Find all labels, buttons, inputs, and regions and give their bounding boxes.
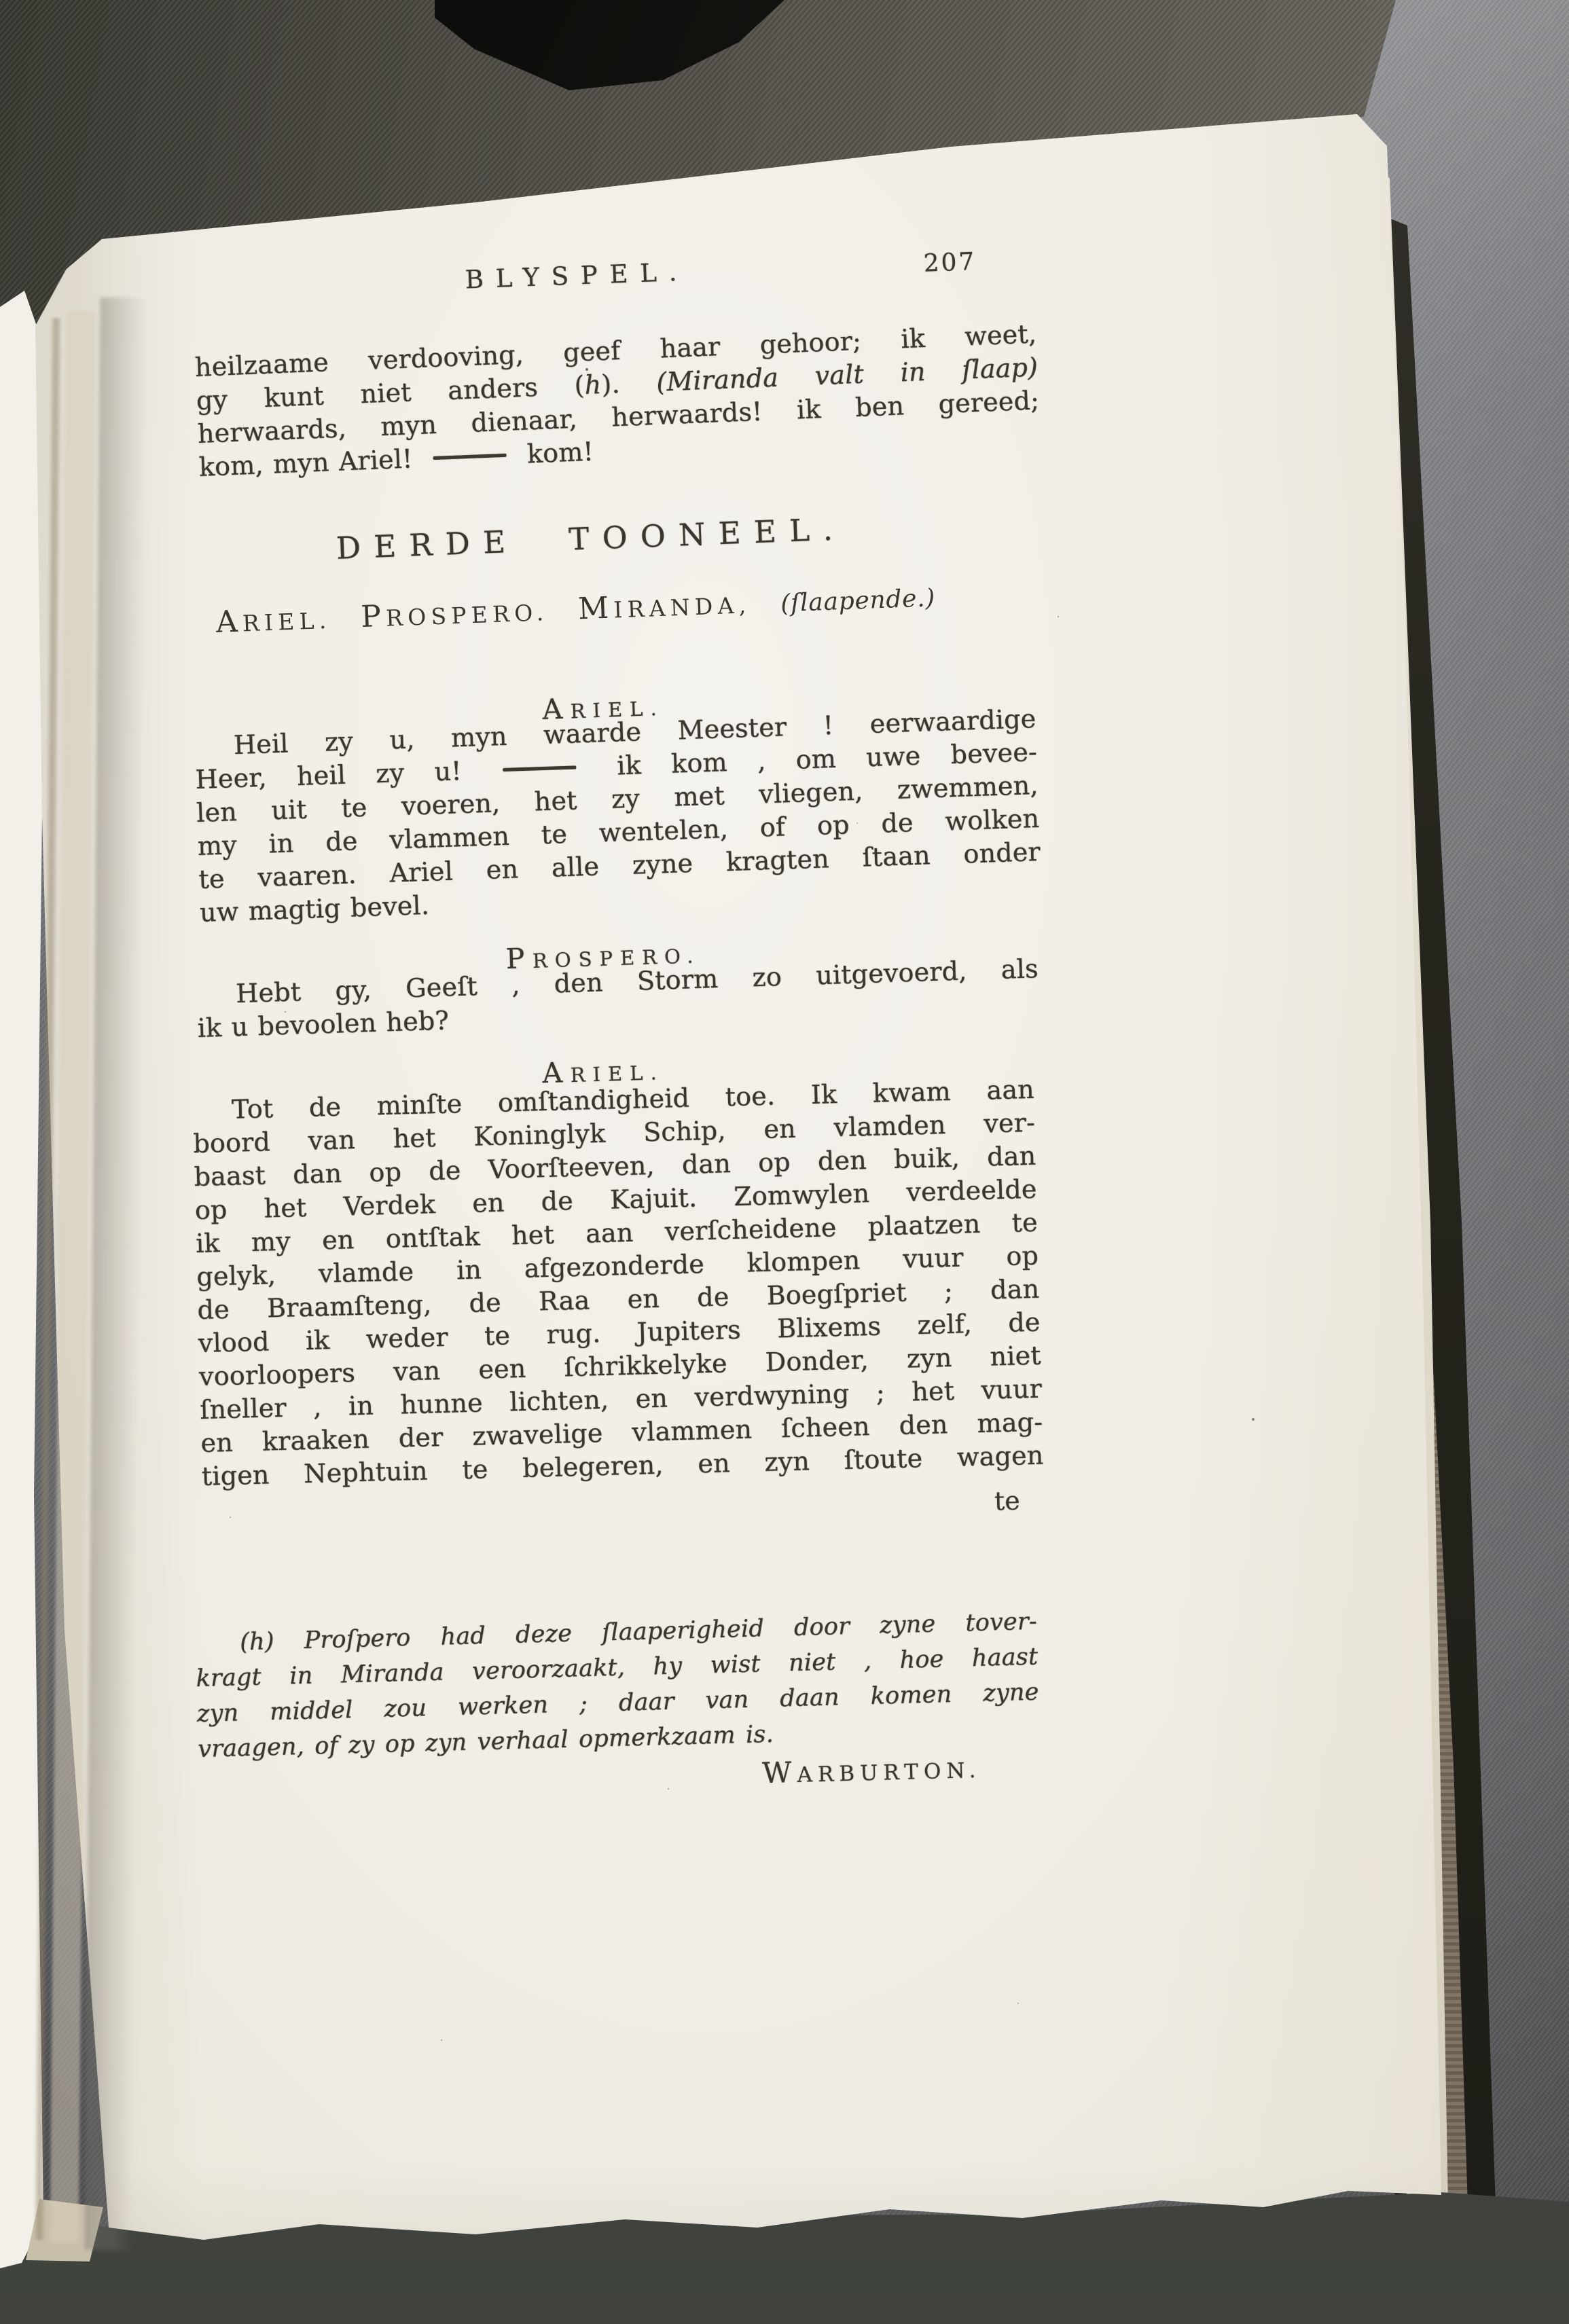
text-segment: h: [584, 369, 602, 400]
text-segment: kom, myn Ariel!: [198, 443, 423, 482]
cast-name: Miranda,: [577, 585, 751, 626]
page-number: 207: [923, 248, 977, 278]
text-segment: ik u bevoolen heb?: [197, 1005, 450, 1043]
stage-direction: (ſlaapende.): [780, 584, 936, 617]
printed-text: BLYSPEL. 207 heilzaame verdooving, geef …: [197, 275, 1039, 1804]
catchword: te: [196, 1484, 1039, 1536]
long-dash-icon: [503, 766, 576, 772]
prelude-paragraph: heilzaame verdooving, geef haar gehoor; …: [194, 317, 1041, 484]
paper-specks: [0, 0, 3, 3]
cast-line: Ariel.Prospero.Miranda,(ſlaapende.): [196, 575, 1039, 640]
footnote-lines: (h) Proſpero had deze ſlaaperigheid door…: [195, 1604, 1041, 1767]
book-photo: BLYSPEL. 207 heilzaame verdooving, geef …: [0, 0, 1569, 2324]
speech-ariel-1: Heil zy u, myn waarde Meester ! eerwaard…: [194, 702, 1042, 930]
footnote: (h) Proſpero had deze ſlaaperigheid door…: [195, 1604, 1041, 1804]
cast-name: Ariel.: [215, 601, 331, 640]
scene-heading: DERDE TOONEEL.: [169, 505, 1012, 573]
text-segment: ).: [600, 367, 657, 399]
text-segment: uw magtig bevel.: [199, 890, 429, 928]
speech-ariel-2: Tot de minſte omſtandigheid toe. Ik kwam…: [192, 1073, 1044, 1493]
cast-name: Prospero.: [360, 593, 549, 634]
long-dash-icon: [433, 454, 507, 460]
text-segment: kom!: [517, 437, 594, 469]
